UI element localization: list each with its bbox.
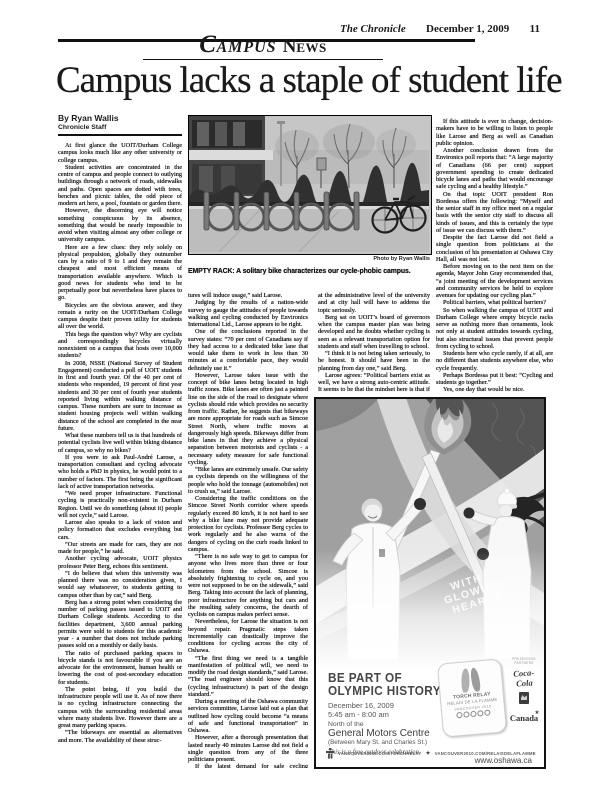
article-paragraph: However, Larose takes issue with the con… xyxy=(188,372,308,466)
article-paragraph: “Bike lanes are extremely unsafe. Our sa… xyxy=(188,466,308,495)
ad-url-en: VANCOUVER2010.COM/TORCHRELAY xyxy=(338,751,421,756)
newspaper-page: The Chronicle December 1, 2009 11 CAMPUS… xyxy=(0,0,612,792)
article-paragraph: Student activities are concentrated in t… xyxy=(58,164,182,208)
byline-block: By Ryan Wallis Chronicle Staff xyxy=(58,113,182,136)
article-paragraph: The point being, if you build the infras… xyxy=(58,686,182,730)
article-paragraph: If you were to ask Paul-André Larose, a … xyxy=(58,454,182,490)
article-paragraph: The ratio of purchased parking spaces to… xyxy=(58,650,182,686)
vancouver-2010-inukshuk-icon xyxy=(326,748,334,759)
article-column-4: If this attitude is ever to change, deci… xyxy=(436,118,553,393)
byline-rule xyxy=(58,134,182,136)
page-number: 11 xyxy=(530,23,540,35)
canada-wordmark: Canada xyxy=(506,713,542,723)
article-paragraph: Yes, one day that would be nice. xyxy=(436,386,553,393)
article-paragraph: “Our streets are made for cars, they are… xyxy=(58,541,182,556)
article-paragraph: This begs the question why? Why are cycl… xyxy=(58,331,182,360)
section-banner: CAMPUSNEWS xyxy=(143,36,383,60)
article-paragraph: Here are a few clues: they rely solely o… xyxy=(58,244,182,302)
article-paragraph: Another cycling advocate, UOIT physics p… xyxy=(58,555,182,570)
article-paragraph: “I think it is not being taken seriously… xyxy=(318,350,430,372)
article-paragraph: “I do believe that when this university … xyxy=(58,570,182,599)
article-paragraph: Berg sat on UOIT’s board of governors wh… xyxy=(318,314,430,350)
ad-website: www.oshawa.ca xyxy=(475,756,532,765)
sign-shape xyxy=(317,158,326,170)
olympic-torch-relay-ad: WITH GLOWING HEARTS BE PART OF OLYMPIC H… xyxy=(314,397,546,769)
article-column-1: At first glance the UOIT/Durham College … xyxy=(58,142,182,768)
article-column-3: at the administrative level of the unive… xyxy=(318,292,430,395)
article-headline: Campus lacks a staple of student life xyxy=(56,60,561,102)
bike-rack-photo-image xyxy=(189,116,429,252)
bike-rack-photo xyxy=(188,115,432,255)
article-paragraph: On that topic UOIT president Ron Bordess… xyxy=(436,191,553,235)
ad-partners: PRESENTING PARTNERS Coca-Cola Canada xyxy=(506,657,542,723)
byline-role: Chronicle Staff xyxy=(58,124,182,131)
article-paragraph: Political barriers, what political barri… xyxy=(436,299,553,306)
article-paragraph: at the administrative level of the unive… xyxy=(318,292,430,314)
rbc-logo-icon xyxy=(519,692,529,704)
article-paragraph: “There is no safe way to get to campus f… xyxy=(188,553,308,618)
article-paragraph: However, after a thorough presentation t… xyxy=(188,734,308,763)
article-paragraph: Nevertheless, for Larose the situation i… xyxy=(188,618,308,654)
article-paragraph: Bicycles are the obvious answer, and the… xyxy=(58,302,182,331)
article-paragraph: “The bikeways are essential as alternati… xyxy=(58,729,182,744)
article-paragraph: Perhaps Bordessa put it best: “Cycling a… xyxy=(436,372,553,387)
article-paragraph: During a meeting of the Oshawa community… xyxy=(188,698,308,734)
article-column-2: tures will induce usage,” said Larose.Ju… xyxy=(188,292,308,768)
article-paragraph: If this attitude is ever to change, deci… xyxy=(436,118,553,147)
section-title: CAMPUSNEWS xyxy=(143,34,383,59)
star-separator-icon: ✦ xyxy=(425,750,430,757)
byline-author: By Ryan Wallis xyxy=(58,113,182,123)
issue-date: December 1, 2009 xyxy=(426,23,509,35)
torch-emblem-icon xyxy=(458,667,482,693)
coca-cola-logo: Coca-Cola xyxy=(505,667,542,689)
torch-relay-emblem-card: TORCH RELAY RELAIS DE LA FLAMME VANCOUVE… xyxy=(437,658,507,737)
torch-relay-illustration: WITH GLOWING HEARTS xyxy=(316,399,544,669)
article-paragraph: Larose also speaks to a lack of vision a… xyxy=(58,519,182,541)
article-paragraph: “The first thing we need is a tangible m… xyxy=(188,655,308,699)
section-title-initial: C xyxy=(199,31,216,58)
article-paragraph: Students here who cycle rarely, if at al… xyxy=(436,350,553,372)
article-paragraph: What these numbers tell us is that hundr… xyxy=(58,432,182,454)
photo-caption: EMPTY RACK: A solitary bike characterize… xyxy=(188,268,434,275)
article-paragraph: Despite the fact Larose did not field a … xyxy=(436,234,553,263)
article-paragraph: If the latest demand for safe cycling in… xyxy=(188,763,308,768)
article-paragraph: Judging by the results of a nation-wide … xyxy=(188,299,308,328)
article-paragraph: Before moving on to the next item on the… xyxy=(436,263,553,299)
article-paragraph: In 2008, NSSE (National Survey of Studen… xyxy=(58,360,182,433)
article-paragraph: Larose agrees: “Political barriers exist… xyxy=(318,372,430,395)
article-paragraph: However, the discerning eye will notice … xyxy=(58,207,182,243)
article-paragraph: So when walking the campus of UOIT and D… xyxy=(436,307,553,351)
article-paragraph: Considering the traffic conditions on th… xyxy=(188,495,308,553)
article-paragraph: Another conclusion drawn from the Enviro… xyxy=(436,147,553,191)
partners-label: PRESENTING PARTNERS xyxy=(506,657,542,665)
section-title-initial-2: N xyxy=(283,36,297,57)
article-paragraph: “We need proper infrastructure. Function… xyxy=(58,490,182,519)
torch-relay-emblem-cluster: TORCH RELAY RELAIS DE LA FLAMME VANCOUVE… xyxy=(440,657,542,741)
article-paragraph: At first glance the UOIT/Durham College … xyxy=(58,142,182,164)
article-paragraph: Berg has a strong point when considering… xyxy=(58,599,182,650)
article-paragraph: One of the conclusions reported in the s… xyxy=(188,328,308,372)
photo-credit: Photo by Ryan Wallis xyxy=(188,256,430,262)
